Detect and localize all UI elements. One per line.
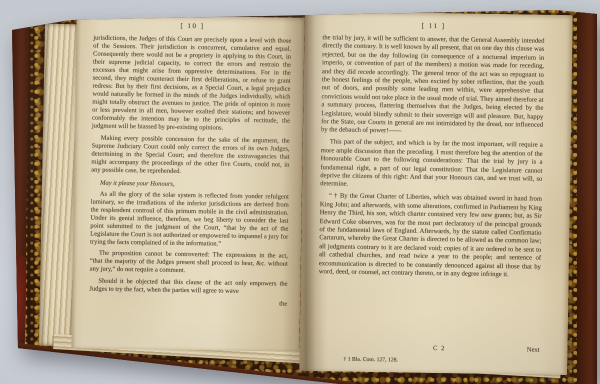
salutation: May it please your Honours, bbox=[91, 179, 289, 190]
paragraph: Should it be objected that this clause o… bbox=[89, 277, 287, 296]
paragraph: Making every possible concession for the… bbox=[91, 134, 290, 177]
paragraph: As all the glory of the solar system is … bbox=[90, 190, 289, 249]
left-page-number: [ 10 ] bbox=[93, 20, 291, 32]
catchword-left: the bbox=[89, 297, 287, 308]
book: [ 10 ] jurisdictions, the Judges of this… bbox=[0, 0, 600, 384]
left-page-text-block: [ 10 ] jurisdictions, the Judges of this… bbox=[71, 14, 304, 352]
footnote: † 1 Bla. Com. 127, 128. bbox=[317, 355, 539, 367]
leather-edge-right bbox=[577, 10, 600, 384]
book-shadow: [ 10 ] jurisdictions, the Judges of this… bbox=[0, 0, 600, 384]
photo-background: [ 10 ] jurisdictions, the Judges of this… bbox=[0, 0, 600, 384]
spacer bbox=[318, 280, 541, 346]
right-page-number: [ 11 ] bbox=[323, 20, 545, 32]
paragraph: the trial by jury, it will be sufficient… bbox=[321, 34, 545, 138]
paragraph: jurisdictions, the Judges of this Court … bbox=[92, 34, 291, 133]
signature-mark: C 2 bbox=[433, 345, 445, 354]
leather-worn-patch bbox=[11, 256, 26, 340]
paragraph: The proposition cannot be controverted: … bbox=[90, 249, 288, 276]
right-page: [ 11 ] the trial by jury, it will be suf… bbox=[299, 11, 573, 375]
catchword-right: Next bbox=[527, 346, 540, 355]
paragraph: This part of the subject, and which is b… bbox=[320, 139, 543, 193]
left-page: [ 10 ] jurisdictions, the Judges of this… bbox=[71, 14, 304, 352]
right-page-text-block: [ 11 ] the trial by jury, it will be suf… bbox=[299, 11, 573, 375]
paragraph: “ † By the Great Charter of Liberties, w… bbox=[319, 192, 542, 280]
